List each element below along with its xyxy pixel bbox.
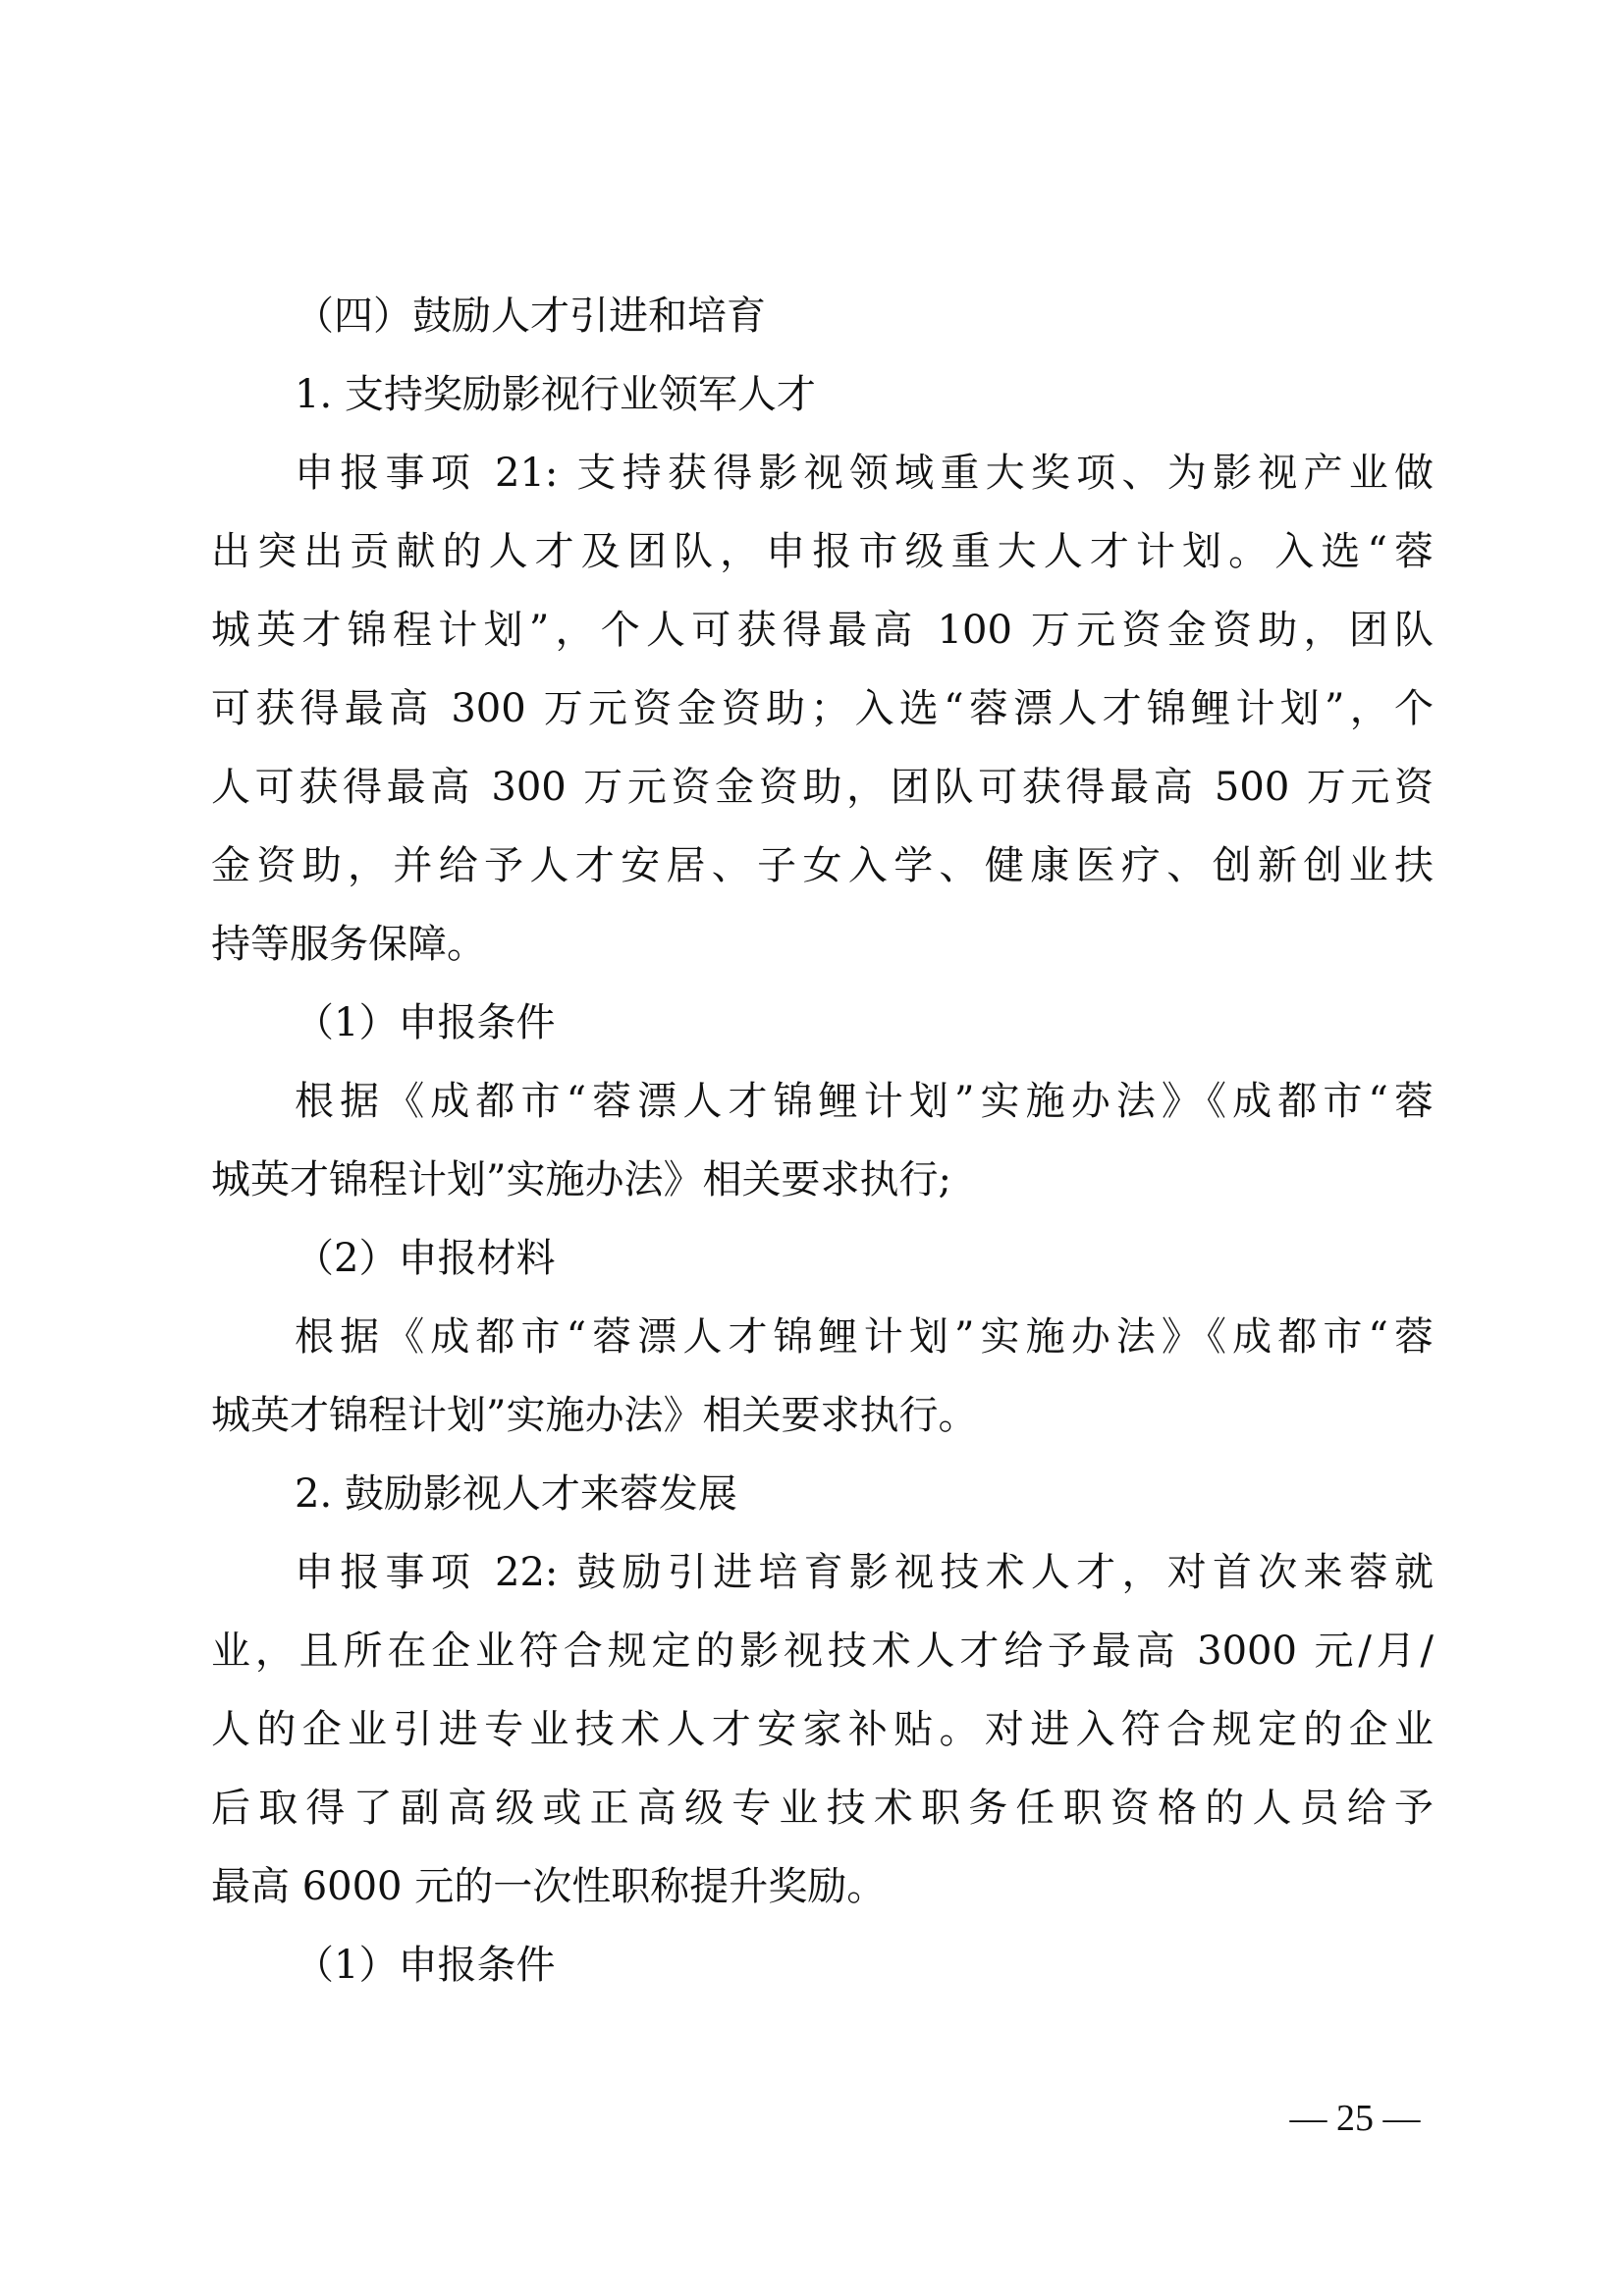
- paragraph-line: 申报事项 22: 鼓励引进培育影视技术人才，对首次来蓉就: [295, 1547, 1434, 1598]
- paragraph-line: 城英才锦程计划”，个人可获得最高 100 万元资金资助，团队: [211, 605, 1434, 656]
- paragraph-line: 申报事项 21: 支持获得影视领域重大奖项、为影视产业做: [295, 448, 1434, 499]
- paragraph-line: 根据《成都市“蓉漂人才锦鲤计划”实施办法》《成都市“蓉: [295, 1076, 1434, 1127]
- paragraph-line: 后取得了副高级或正高级专业技术职务任职资格的人员给予: [211, 1783, 1434, 1834]
- document-page: （四）鼓励人才引进和培育 1. 支持奖励影视行业领军人才 申报事项 21: 支持…: [0, 0, 1624, 2296]
- paragraph-line: 最高 6000 元的一次性职称提升奖励。: [211, 1861, 1434, 1912]
- paragraph-line: 出突出贡献的人才及团队，申报市级重大人才计划。入选“蓉: [211, 526, 1434, 577]
- paragraph-line: 根据《成都市“蓉漂人才锦鲤计划”实施办法》《成都市“蓉: [295, 1311, 1434, 1362]
- paragraph-line: 城英才锦程计划”实施办法》相关要求执行;: [211, 1154, 1434, 1205]
- paragraph-line: 城英才锦程计划”实施办法》相关要求执行。: [211, 1390, 1434, 1441]
- materials-heading: （2）申报材料: [295, 1233, 1434, 1284]
- conditions-heading: （1）申报条件: [295, 997, 1434, 1048]
- subsection-heading-2: 2. 鼓励影视人才来蓉发展: [295, 1468, 1434, 1520]
- page-number: — 25 —: [1272, 2097, 1438, 2140]
- paragraph-line: 人可获得最高 300 万元资金资助，团队可获得最高 500 万元资: [211, 762, 1434, 813]
- section-heading: （四）鼓励人才引进和培育: [295, 291, 1434, 342]
- paragraph-line: 持等服务保障。: [211, 919, 1434, 970]
- subsection-heading-1: 1. 支持奖励影视行业领军人才: [295, 369, 1434, 420]
- conditions-heading: （1）申报条件: [295, 1940, 1434, 1991]
- paragraph-line: 人的企业引进专业技术人才安家补贴。对进入符合规定的企业: [211, 1704, 1434, 1755]
- paragraph-line: 业，且所在企业符合规定的影视技术人才给予最高 3000 元/月/: [211, 1626, 1434, 1677]
- paragraph-line: 金资助，并给予人才安居、子女入学、健康医疗、创新创业扶: [211, 840, 1434, 891]
- paragraph-line: 可获得最高 300 万元资金资助；入选“蓉漂人才锦鲤计划”，个: [211, 683, 1434, 734]
